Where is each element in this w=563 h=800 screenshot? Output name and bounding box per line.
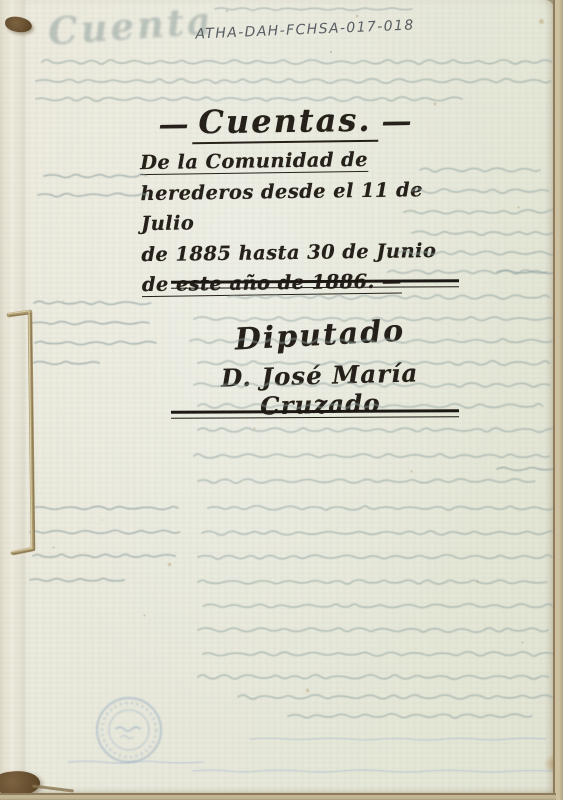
ink-speck — [330, 51, 332, 53]
title-dash-left: — — [158, 107, 188, 142]
foxing-spot — [521, 641, 524, 644]
book-edge-bottom — [0, 793, 556, 800]
foxing-spot — [517, 206, 520, 209]
scanned-manuscript-page: { "page": { "archival_code": "ATHA-DAH-F… — [0, 0, 563, 800]
foxing-spot — [167, 562, 172, 567]
foxing-spot — [52, 546, 55, 549]
foxing-spot — [101, 519, 103, 521]
double-rule-top — [171, 279, 459, 289]
foxing-spot — [476, 580, 479, 583]
document-title: Cuentas. — [192, 101, 378, 145]
foxing-spot — [143, 614, 146, 617]
document-subtitle: De la Comunidad de herederos desde el 11… — [140, 144, 444, 301]
document-title-row: — Cuentas. — — [148, 100, 423, 145]
subtitle-line-3: de 1885 hasta 30 de Junio — [141, 235, 443, 270]
foxing-spot — [305, 688, 310, 693]
foxing-spot — [410, 470, 413, 473]
subtitle-line-2: herederos desde el 11 de Julio — [140, 174, 443, 239]
foxing-spot — [538, 18, 545, 25]
foxing-spot — [355, 14, 359, 18]
ink-speck — [226, 10, 228, 12]
subtitle-line-1: De la Comunidad de — [140, 144, 442, 179]
title-dash-right: — — [381, 104, 411, 139]
binding-thread-tail — [32, 784, 74, 792]
foxing-spot — [62, 300, 64, 302]
paper-sheet: Cuenta ATHA-DAH-FCHSA-017-018 — Cuentas.… — [0, 0, 554, 794]
foxing-spot — [433, 102, 437, 106]
left-gutter-crease — [0, 0, 27, 794]
book-edge-right — [553, 0, 563, 800]
foxing-spot — [253, 427, 256, 430]
role-heading: Diputado — [169, 310, 470, 361]
archival-reference-code: ATHA-DAH-FCHSA-017-018 — [183, 17, 427, 43]
double-rule-bottom — [171, 409, 459, 419]
